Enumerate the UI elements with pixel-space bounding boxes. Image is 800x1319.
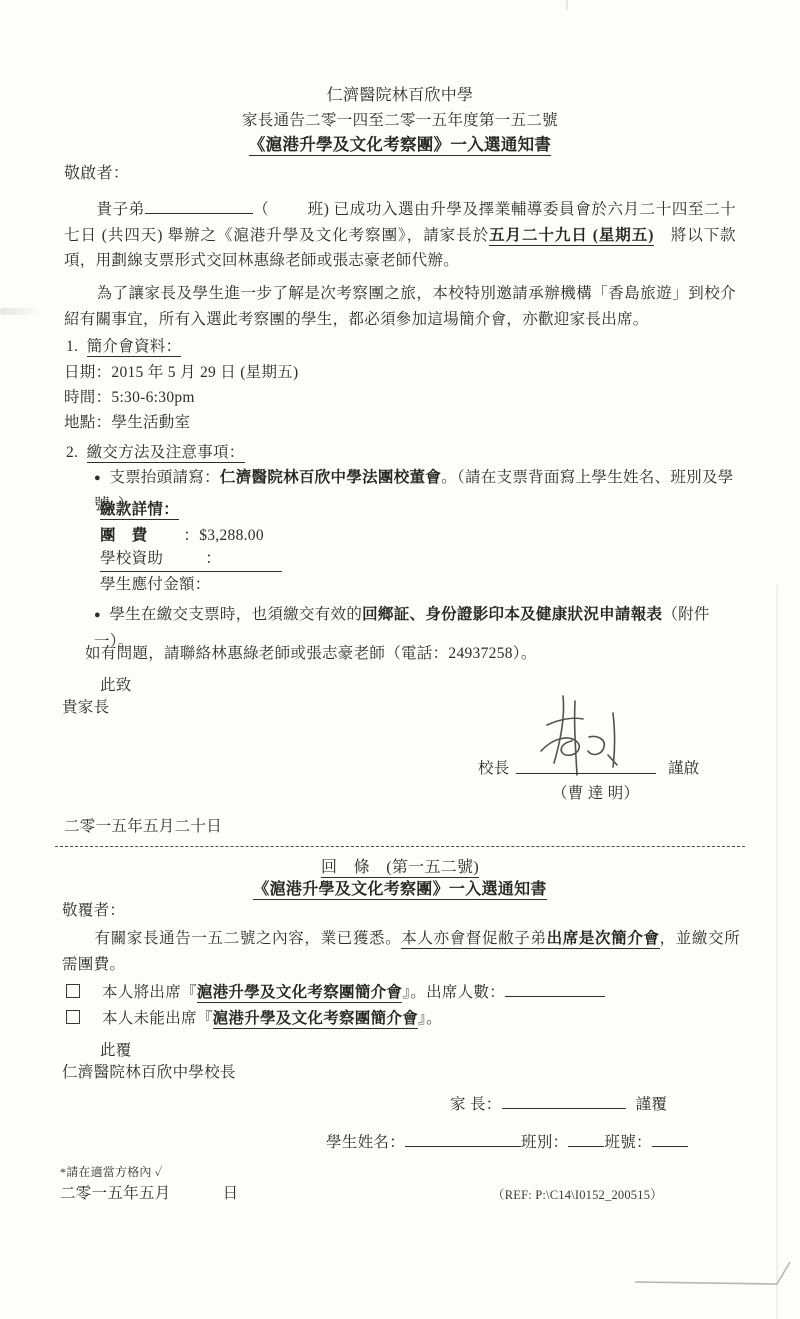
- parent-signature-row: 家 長：謹覆: [450, 1092, 667, 1114]
- briefing-time: 時間：5:30-6:30pm: [64, 385, 195, 411]
- scanned-notice-page: 仁濟醫院林百欣中學 家長通告二零一四至二零一五年度第一五二號 《滬港升學及文化考…: [0, 0, 800, 1319]
- reply-closing: 此覆: [100, 1038, 132, 1060]
- closing-addressee: 貴家長: [62, 695, 109, 717]
- cheque-payee-bullet: ● 支票抬頭請寫：仁濟醫院林百欣中學法團校董會。（請在支票背面寫上學生姓名、班別…: [94, 465, 740, 517]
- documents-bold: 回鄉証、身份證影印本及健康狀況申請報表: [362, 606, 662, 623]
- reply-slip-subtitle: 《滬港升學及文化考察團》一入選通知書: [0, 876, 800, 899]
- reply-principal-line: 仁濟醫院林百欣中學校長: [62, 1060, 236, 1082]
- principal-signature-line: [516, 773, 656, 774]
- reply-option-not-attend: 本人未能出席『滬港升學及文化考察團簡介會』。: [66, 1006, 746, 1032]
- contact-line: 如有問題，請聯絡林惠綠老師或張志豪老師（電話：24937258）。: [85, 641, 537, 663]
- student-name-blank: [145, 199, 253, 214]
- option1-post: 』。出席人數：: [402, 984, 505, 1001]
- parent-label: 家 長：: [450, 1096, 502, 1113]
- subsidy-row: 學校資助：: [100, 546, 282, 572]
- scan-artifact-page-corner: [632, 1252, 800, 1300]
- not-attend-checkbox: [66, 1010, 80, 1024]
- cheque-payee-pre: 支票抬頭請寫：: [109, 469, 220, 486]
- paragraph-2: 為了讓家長及學生進一步了解是次考察團之旅，本校特別邀請承辦機構「香島旅遊」到校介…: [64, 281, 736, 332]
- reply-acknowledgement: 有關家長通告一五二號之內容，業已獲悉。本人亦會督促敝子弟出席是次簡介會，並繳交所…: [62, 926, 740, 977]
- para1-open-paren: （: [253, 201, 269, 218]
- para1-class-suffix: 班): [307, 201, 333, 218]
- bullet-icon: ●: [94, 472, 101, 484]
- option2-title: 滬港升學及文化考察團簡介會: [213, 1010, 418, 1029]
- class-blank: [568, 1132, 604, 1147]
- reply-slip-title-line: 回 條 (第一五二號): [0, 854, 800, 877]
- student-name-label: 學生姓名：: [326, 1134, 405, 1151]
- student-info-row: 學生姓名：班別：班號：: [326, 1130, 688, 1152]
- option1-pre: 本人將出席『: [102, 984, 197, 1001]
- principal-name: （曹 達 明）: [552, 781, 639, 803]
- cut-line: [55, 840, 745, 847]
- option1-title: 滬港升學及文化考察團簡介會: [197, 984, 402, 1003]
- school-name: 仁濟醫院林百欣中學: [0, 82, 800, 105]
- ack-bold: 出席是次簡介會: [547, 930, 660, 949]
- checkbox-gap: [80, 996, 102, 997]
- payment-details-heading: 繳款詳情：: [100, 497, 179, 519]
- payable-row: 學生應付金額：: [100, 572, 211, 594]
- reply-salutation: 敬覆者：: [62, 898, 125, 920]
- ack-pre: 有關家長通告一五二號之內容，業已獲悉。: [95, 930, 402, 947]
- ack-underline: 本人亦會督促敝子弟: [401, 930, 546, 949]
- class-label: 班別：: [521, 1134, 568, 1151]
- parent-signature-blank: [502, 1094, 626, 1109]
- reference-number: （REF: P:\C14\I0152_200515）: [492, 1185, 663, 1203]
- reply-date-row: 二零一五年五月日: [60, 1181, 238, 1203]
- attend-checkbox: [66, 984, 80, 998]
- option2-pre: 本人未能出席『: [102, 1010, 213, 1027]
- bullet-icon: ●: [94, 609, 101, 621]
- scan-artifact-right-edge: [776, 585, 778, 1319]
- checkbox-gap: [80, 1022, 102, 1023]
- reply-slip-subtitle-text: 《滬港升學及文化考察團》一入選通知書: [253, 881, 546, 900]
- section2-heading: 2. 繳交方法及注意事項：: [66, 440, 245, 466]
- salutation: 敬啟者：: [64, 160, 129, 183]
- subsidy-label: 學校資助: [100, 550, 163, 567]
- subsidy-gap: [163, 562, 205, 563]
- briefing-venue: 地點：學生活動室: [64, 410, 190, 436]
- scan-artifact-top: [566, 0, 568, 10]
- section2-number: 2.: [66, 444, 78, 461]
- closing-this-to: 此致: [100, 673, 132, 695]
- section1-heading: 1. 簡介會資料：: [66, 334, 181, 360]
- issue-date: 二零一五年五月二十日: [64, 814, 222, 836]
- reply-date-suffix: 日: [223, 1185, 239, 1202]
- class-blank: [269, 213, 307, 214]
- attendee-count-blank: [505, 982, 605, 997]
- principal-label: 校長: [478, 756, 510, 778]
- class-no-label: 班號：: [604, 1134, 651, 1151]
- reply-option-attend: 本人將出席『滬港升學及文化考察團簡介會』。出席人數：: [66, 980, 746, 1006]
- briefing-date: 日期：2015 年 5 月 29 日 (星期五): [64, 360, 299, 386]
- notice-title-text: 《滬港升學及文化考察團》一入選通知書: [249, 135, 551, 156]
- principal-signature-scribble: [523, 693, 653, 783]
- fee-label: 團 費: [100, 527, 147, 544]
- reply-date-pre: 二零一五年五月: [60, 1185, 171, 1202]
- student-name-reply-blank: [405, 1132, 521, 1147]
- principal-respect: 謹啟: [668, 756, 700, 778]
- fee-row: 團 費：$3,288.00: [100, 523, 380, 545]
- notice-title: 《滬港升學及文化考察團》一入選通知書: [0, 131, 800, 155]
- paragraph-1: 貴子弟（班) 已成功入選由升學及擇業輔導委員會於六月二十四至二十七日 (共四天)…: [64, 197, 736, 274]
- section1-heading-text: 簡介會資料：: [87, 338, 182, 357]
- subsidy-colon: ：: [205, 550, 221, 567]
- section2-heading-text: 繳交方法及注意事項：: [87, 444, 245, 463]
- fee-gap: [147, 539, 183, 540]
- class-no-blank: [652, 1132, 688, 1147]
- para1-lead: 貴子弟: [97, 201, 145, 218]
- tick-instruction-note: *請在適當方格內 ✓: [60, 1163, 163, 1180]
- fee-value: ：$3,288.00: [183, 527, 264, 544]
- documents-pre: 學生在繳交支票時，也須繳交有效的: [109, 606, 362, 623]
- parent-gap: [626, 1108, 636, 1109]
- parent-respect: 謹覆: [636, 1096, 668, 1113]
- option2-post: 』。: [418, 1010, 442, 1027]
- reply-date-day-blank: [171, 1197, 223, 1198]
- section1-number: 1.: [66, 338, 78, 355]
- payment-deadline: 五月二十九日 (星期五): [489, 227, 654, 246]
- payment-details-heading-text: 繳款詳情：: [100, 501, 179, 520]
- notice-number-line: 家長通告二零一四至二零一五年度第一五二號: [0, 108, 800, 130]
- cheque-payee-name: 仁濟醫院林百欣中學法團校董會: [220, 469, 441, 486]
- scan-artifact-left-smudge: [0, 308, 42, 315]
